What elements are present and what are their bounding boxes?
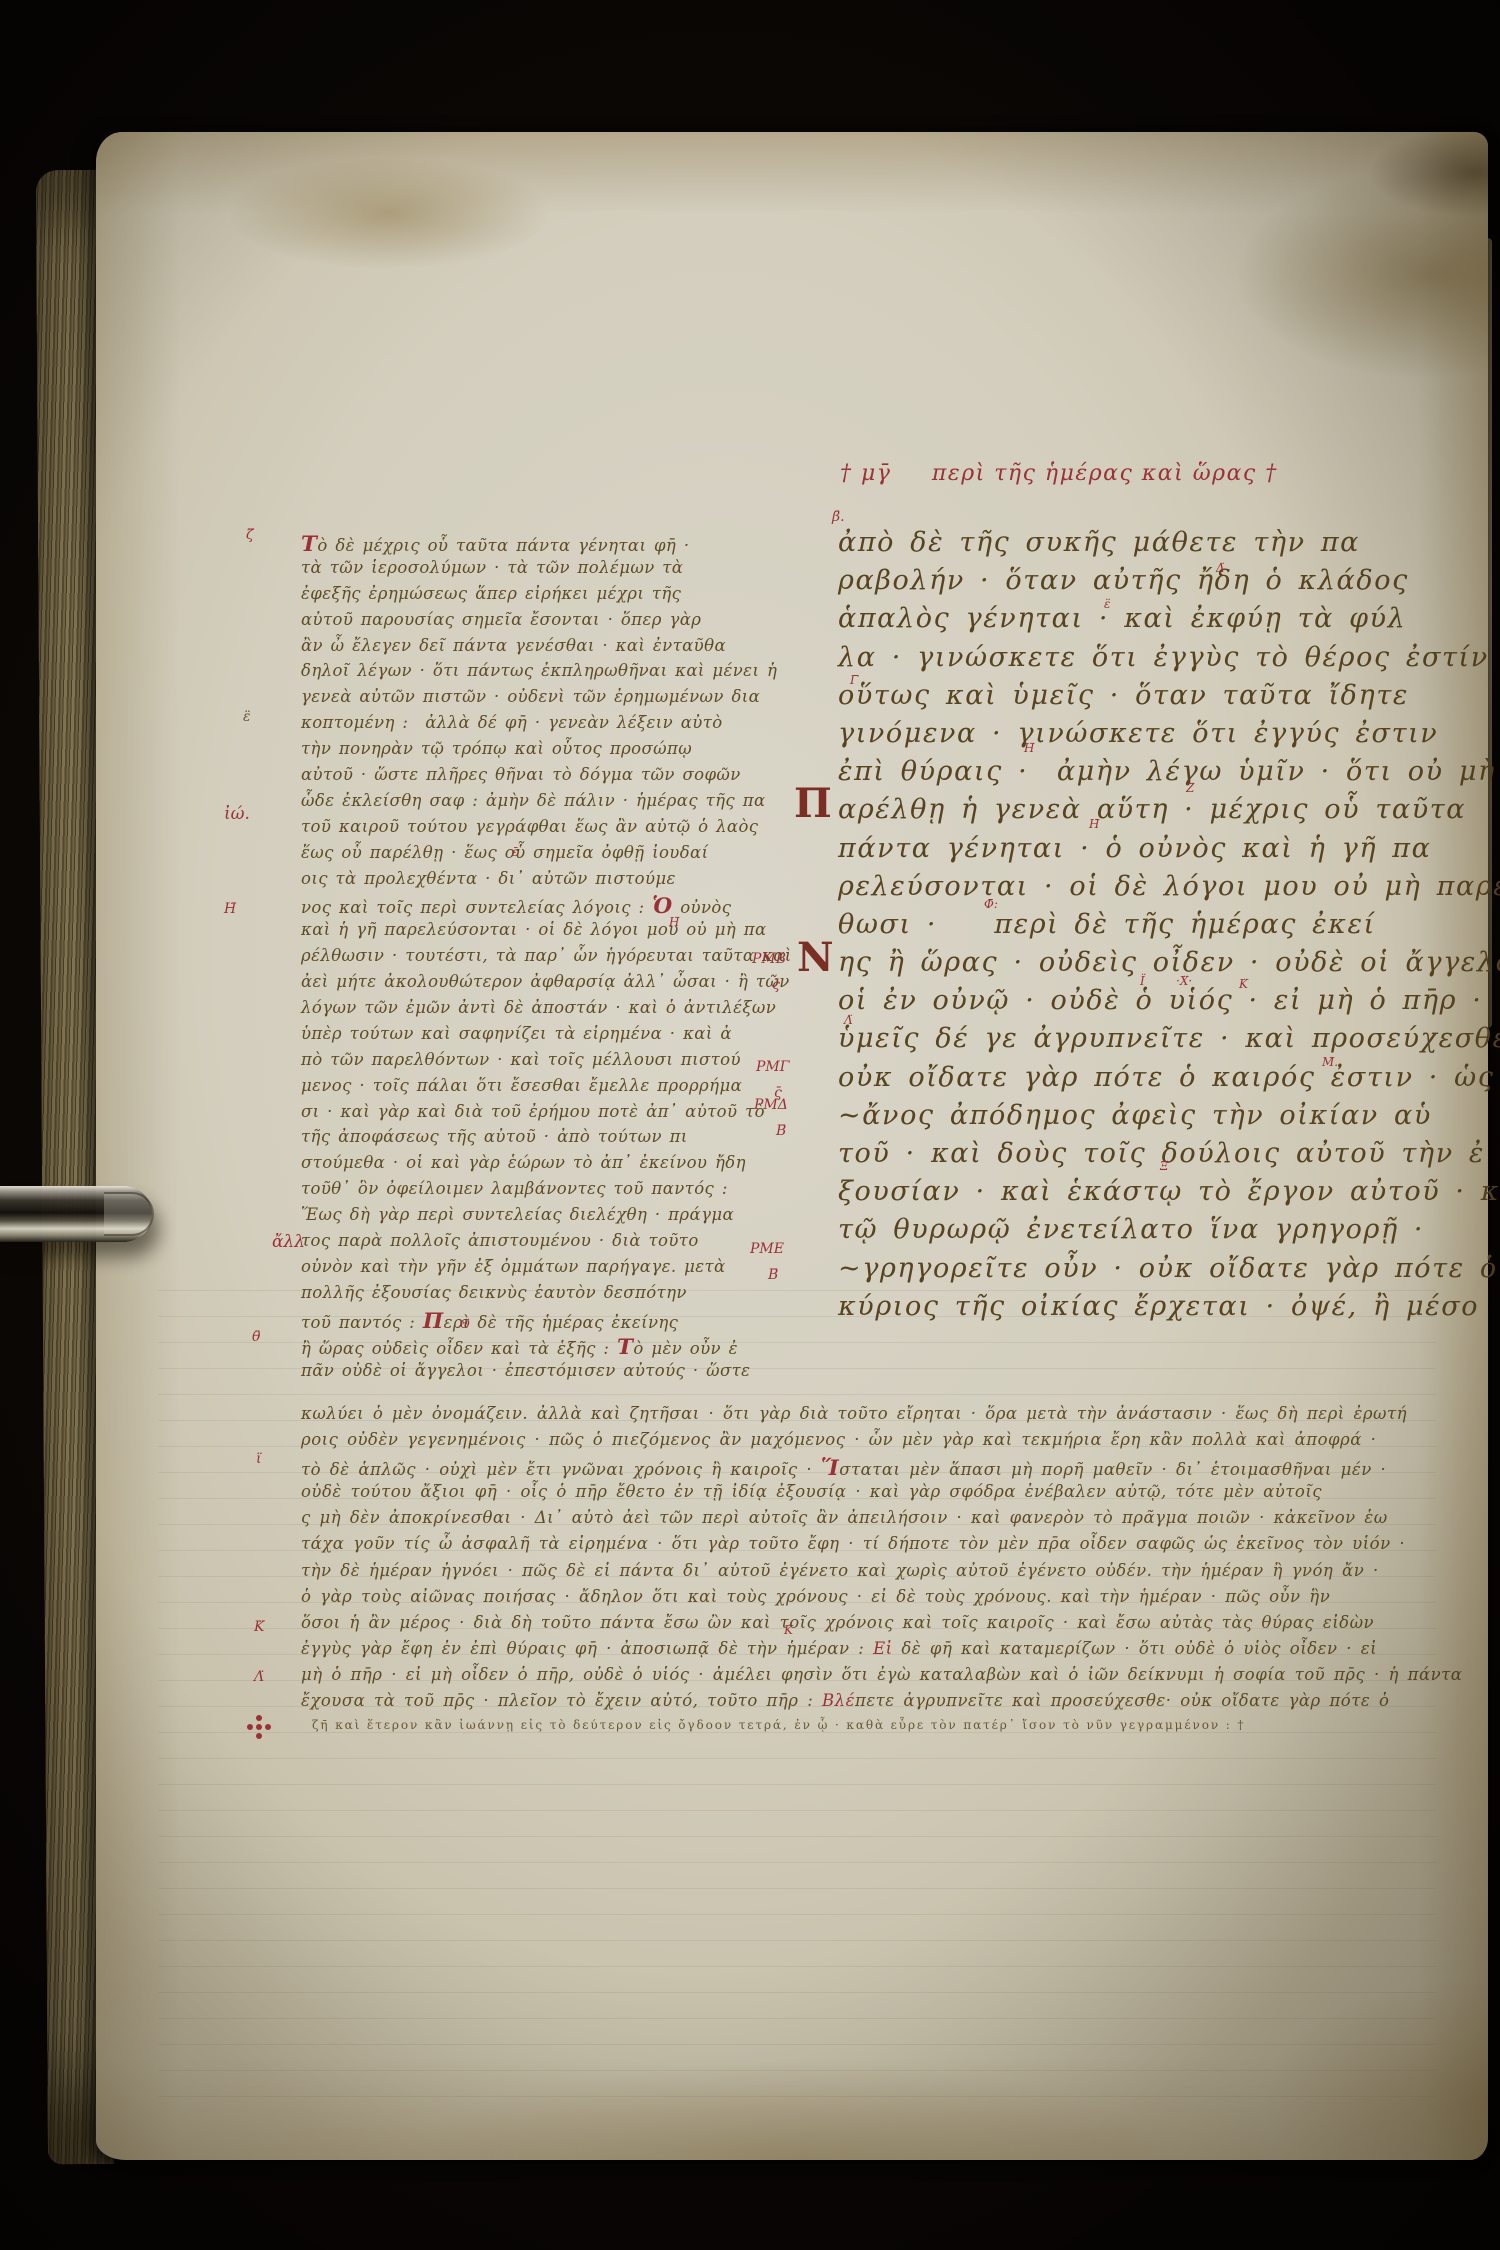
text-line: πολλῆς ἐξουσίας δεικνὺς ἑαυτὸν δεσπότην <box>301 1283 781 1309</box>
quire-siglum: ζ̈ <box>246 528 254 542</box>
text-line: τοῦθ᾽ ὃν ὀφείλοιμεν λαμβάνοντες τοῦ παντ… <box>301 1179 781 1205</box>
text-line: ροις οὐδὲν γεγενημένοις · πῶς ὁ πιεζόμεν… <box>301 1430 1446 1456</box>
reference-note: ζη̄ καὶ ἕτερον κἂν ἰωάννῃ εἰς τὸ δεύτερο… <box>312 1718 1245 1732</box>
text-line: ὑμεῖς δέ γε ἀγρυπνεῖτε · καὶ προσεύχεσθε… <box>838 1023 1398 1061</box>
margin-siglum: θ̈ <box>252 1330 260 1344</box>
text-line: ~ἄνος ἀπόδημος ἀφεὶς τὴν οἰκίαν αὑ <box>838 1100 1398 1138</box>
text-line: τὰ τῶν ἱεροσολύμων · τὰ τῶν πολέμων τὰ <box>301 558 781 584</box>
text-line: θωσι · περὶ δὲ τῆς ἡμέρας ἐκεί <box>838 909 1398 947</box>
text-line: τάχα γοῦν τίς ὦ ἀσφαλῆ τὰ εἰρημένα · ὅτι… <box>301 1534 1446 1560</box>
margin-siglum: ϊ <box>256 1452 262 1466</box>
text-line: Ἕως δὴ γὰρ περὶ συντελείας διελέχθη · πρ… <box>301 1205 781 1231</box>
text-line: γινόμενα · γινώσκετε ὅτι ἐγγύς ἐστιν <box>838 718 1398 756</box>
kephalaion-number: β̈. <box>832 510 845 524</box>
text-line: ἁπαλὸς γένηται · καὶ ἐκφύῃ τὰ φύλ <box>838 603 1398 641</box>
text-line: ἂν ὦ ἔλεγεν δεῖ πάντα γενέσθαι · καὶ ἐντ… <box>301 636 781 662</box>
rubricated-text: Βλέ <box>822 1691 855 1710</box>
text-line: οὕτως καὶ ὑμεῖς · ὅταν ταῦτα ἴδητε <box>838 680 1398 718</box>
page-holder-clip-tip <box>104 1192 154 1236</box>
text-line: οὐνὸν καὶ τὴν γῆν ἐξ ὀμμάτων παρήγαγε. μ… <box>301 1257 781 1283</box>
text-line: οὐκ οἴδατε γὰρ πότε ὁ καιρός ἐστιν · ὡς <box>838 1062 1398 1100</box>
margin-rosette <box>256 1724 262 1730</box>
text-line: ἀεὶ μήτε ἀκολουθώτερον ἀφθαρσίᾳ ἀλλ᾽ ὦσα… <box>301 972 781 998</box>
text-line: πᾶν οὐδὲ οἱ ἄγγελοι · ἐπεστόμισεν αὐτούς… <box>301 1361 781 1387</box>
text-line: δηλοῖ λέγων · ὅτι πάντως ἐκπληρωθῆναι κα… <box>301 661 781 687</box>
text-line: κοπτομένη : ἀλλὰ δέ φη̄ · γενεὰν λέξειν … <box>301 713 781 739</box>
text-line: τοῦ καιροῦ τούτου γεγράφθαι ἕως ἂν αὐτῷ … <box>301 817 781 843</box>
text-line: ἐπὶ θύραις · ἀμὴν λέγω ὑμῖν · ὅτι οὐ μὴ <box>838 756 1398 794</box>
text-line: ἐφεξῆς ἐρημώσεως ἅπερ εἰρήκει μέχρι τῆς <box>301 584 781 610</box>
text-line: τοῦ παντός : Περὶ δὲ τῆς ἡμέρας ἐκείνης <box>301 1309 781 1335</box>
text-line: ξουσίαν · καὶ ἑκάστῳ τὸ ἔργον αὐτοῦ · κα… <box>838 1176 1398 1214</box>
manuscript-page: † μγ̄ περὶ τῆς ἡμέρας καὶ ὥρας † Τὸ δὲ μ… <box>96 132 1488 2160</box>
margin-siglum: ε̈ <box>243 710 251 724</box>
text-line: οἱ ἐν οὐνῷ · οὐδὲ ὁ υἱός · εἰ μὴ ὁ πη̄ρ … <box>838 985 1398 1023</box>
rubricated-text: Τ <box>617 1335 633 1360</box>
text-line: ἐγγὺς γὰρ ἔφη ἐν ἐπὶ θύραις φη̄ · ἀποσιω… <box>301 1639 1446 1665</box>
text-line: ~γρηγορεῖτε οὖν · οὐκ οἴδατε γὰρ πότε ὁ <box>838 1253 1398 1291</box>
text-line: ὅσοι ἡ ἂν μέρος · διὰ δὴ τοῦτο πάντα ἔσω… <box>301 1613 1446 1639</box>
margin-siglum: Κ̈ <box>254 1620 264 1634</box>
text-line: τὴν δὲ ἡμέραν ἠγνόει · πῶς δὲ εἰ πάντα δ… <box>301 1561 1446 1587</box>
chapter-title: † μγ̄ περὶ τῆς ἡμέρας καὶ ὥρας † <box>840 461 1278 486</box>
text-line: ἀπὸ δὲ τῆς συκῆς μάθετε τὴν πα <box>838 527 1398 565</box>
text-line: τὸ δὲ ἁπλῶς · οὐχὶ μὲν ἔτι γνῶναι χρόνοι… <box>301 1456 1446 1482</box>
text-line: νος καὶ τοῖς περὶ συντελείας λόγοις : Ὁ … <box>301 894 781 920</box>
text-line: τος παρὰ πολλοῖς ἀπιστουμένου · διὰ τοῦτ… <box>301 1231 781 1257</box>
text-line: ἢ ὥρας οὐδεὶς οἶδεν καὶ τὰ ἑξῆς : Τὸ μὲν… <box>301 1335 781 1361</box>
text-line: οις τὰ προλεχθέντα · δι᾽ αὐτῶν πιστούμε <box>301 869 781 895</box>
text-line: ὧδε ἐκλείσθη σαφ : ἀμὴν δὲ πάλιν · ἡμέρα… <box>301 791 781 817</box>
rubricated-text: Π <box>423 1309 444 1334</box>
text-line: ὁ γὰρ τοὺς αἰῶνας ποιήσας · ἄδηλον ὅτι κ… <box>301 1587 1446 1613</box>
text-line: ὑπὲρ τούτων καὶ σαφηνίζει τὰ εἰρημένα · … <box>301 1024 781 1050</box>
text-line: κωλύει ὁ μὲν ὀνομάζειν. ἀλλὰ καὶ ζητῆσαι… <box>301 1404 1446 1430</box>
commentary-column: Τὸ δὲ μέχρις οὗ ταῦτα πάντα γένηται φη̄ … <box>301 532 781 1386</box>
text-line: γενεὰ αὐτῶν πιστῶν · οὐδενὶ τῶν ἐρημωμέν… <box>301 687 781 713</box>
text-line: ραβολήν · ὅταν αὐτῆς ἤδη ὁ κλάδος <box>838 565 1398 603</box>
rubricated-text: Ὁ <box>652 894 672 919</box>
text-line: ἕως οὗ παρέλθῃ · ἕως οὗ σημεῖα ὀφθῇ ἰουδ… <box>301 843 781 869</box>
commentary-footer: κωλύει ὁ μὲν ὀνομάζειν. ἀλλὰ καὶ ζητῆσαι… <box>301 1404 1446 1717</box>
text-line: ης ἢ ὥρας · οὐδεὶς οἶδεν · οὐδὲ οἱ ἄγγελ… <box>838 947 1398 985</box>
initial-nu: Ν <box>797 938 834 978</box>
text-line: τῷ θυρωρῷ ἐνετείλατο ἵνα γρηγορῇ · <box>838 1214 1398 1252</box>
rubricated-text: Ἵ <box>821 1456 839 1481</box>
text-line: ρελεύσονται · οἱ δὲ λόγοι μου οὐ μὴ παρέ… <box>838 871 1398 909</box>
margin-siglum: ἰώ. <box>224 806 250 823</box>
text-line: τοῦ · καὶ δοὺς τοῖς δούλοις αὐτοῦ τὴν ἐ <box>838 1138 1398 1176</box>
text-line: οὐδὲ τούτου ἄξιοι φη̄ · οἷς ὁ πη̄ρ ἔθετο… <box>301 1482 1446 1508</box>
text-line: τῆς ἀποφάσεως τῆς αὐτοῦ · ἀπὸ τούτων πι <box>301 1127 781 1153</box>
text-line: Τὸ δὲ μέχρις οὗ ταῦτα πάντα γένηται φη̄ … <box>301 532 781 558</box>
margin-siglum: Η̈ <box>224 902 236 916</box>
text-line: ρέλθωσιν · τουτέστι, τὰ παρ᾽ ὧν ἡγόρευτα… <box>301 946 781 972</box>
rubricated-text: Εἰ <box>873 1639 893 1658</box>
rubricated-text: Τ <box>301 532 317 557</box>
text-line: ἔχουσα τὰ τοῦ πρ̄ς · πλεῖον τὸ ἔχειν αὐτ… <box>301 1691 1446 1717</box>
text-line: αὐτοῦ παρουσίας σημεῖα ἔσονται · ὅπερ γὰ… <box>301 610 781 636</box>
text-line: πάντα γένηται · ὁ οὐνὸς καὶ ἡ γῆ πα <box>838 833 1398 871</box>
text-line: λόγων τῶν ἐμῶν ἀντὶ δὲ ἀποστάν · καὶ ὁ ἀ… <box>301 998 781 1024</box>
text-line: τὴν πονηρὰν τῷ τρόπῳ καὶ οὗτος προσώπῳ <box>301 739 781 765</box>
text-line: πὸ τῶν παρελθόντων · καὶ τοῖς μέλλουσι π… <box>301 1050 781 1076</box>
initial-pi: Π <box>794 784 832 824</box>
text-line: σι · καὶ γὰρ καὶ διὰ τοῦ ἐρήμου ποτὲ ἀπ᾽… <box>301 1102 781 1128</box>
text-line: αὐτοῦ · ὥστε πλῆρες θῆναι τὸ δόγμα τῶν σ… <box>301 765 781 791</box>
text-line: μὴ ὁ πη̄ρ · εἰ μὴ οἶδεν ὁ πη̄ρ, οὐδὲ ὁ υ… <box>301 1665 1446 1691</box>
manuscript-photo: † μγ̄ περὶ τῆς ἡμέρας καὶ ὥρας † Τὸ δὲ μ… <box>0 0 1500 2250</box>
text-line: ς μὴ δὲν ἀποκρίνεσθαι · Δι᾽ αὐτὸ ἀεὶ τῶν… <box>301 1508 1446 1534</box>
gospel-column: ἀπὸ δὲ τῆς συκῆς μάθετε τὴν παραβολήν · … <box>838 527 1398 1329</box>
text-line: αρέλθῃ ἡ γενεὰ αὕτη · μέχρις οὗ ταῦτα <box>838 794 1398 832</box>
page-holder-clip <box>0 1186 152 1242</box>
text-line: στούμεθα · οἱ καὶ γὰρ ἑώρων τὸ ἀπ᾽ ἐκείν… <box>301 1153 781 1179</box>
margin-siglum: Λ̈ <box>254 1670 264 1684</box>
text-line: λα · γινώσκετε ὅτι ἐγγὺς τὸ θέρος ἐστίν … <box>838 642 1398 680</box>
text-line: μενος · τοῖς πάλαι ὅτι ἔσεσθαι ἔμελλε πρ… <box>301 1076 781 1102</box>
text-line: καὶ ἡ γῆ παρελεύσονται · οἱ δὲ λόγοι μου… <box>301 920 781 946</box>
text-line: κύριος τῆς οἰκίας ἔρχεται · ὀψέ, ἢ μέσο <box>838 1291 1398 1329</box>
